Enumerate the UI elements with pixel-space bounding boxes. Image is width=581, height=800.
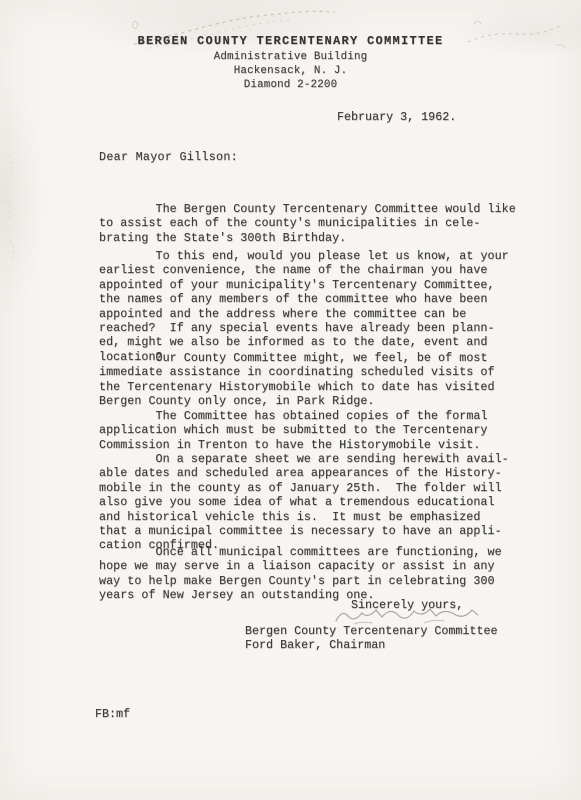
paragraph-5: On a separate sheet we are sending herew… (99, 452, 534, 553)
paragraph-4: The Committee has obtained copies of the… (99, 409, 534, 452)
letterhead-organization: BERGEN COUNTY TERCENTENARY COMMITTEE (0, 34, 581, 48)
paragraph-1: The Bergen County Tercentenary Committee… (99, 202, 534, 245)
pencil-smudge-left-edge-icon (0, 140, 60, 270)
paragraph-2: To this end, would you please let us kno… (99, 249, 534, 364)
paragraph-3: Our County Committee might, we feel, be … (99, 351, 534, 409)
letterhead-address-line1: Administrative Building (0, 50, 581, 64)
letterhead: BERGEN COUNTY TERCENTENARY COMMITTEE Adm… (0, 34, 581, 92)
signature-organization: Bergen County Tercentenary Committee (245, 624, 498, 638)
letterhead-phone: Diamond 2-2200 (0, 78, 581, 92)
salutation: Dear Mayor Gillson: (99, 150, 238, 164)
signature-signer: Ford Baker, Chairman (245, 638, 385, 652)
paragraph-6: Once all municipal committees are functi… (99, 545, 534, 603)
letterhead-address-line2: Hackensack, N. J. (0, 64, 581, 78)
reference-initials: FB:mf (95, 707, 130, 721)
scanned-letter-page: BERGEN COUNTY TERCENTENARY COMMITTEE Adm… (0, 0, 581, 800)
date-line: February 3, 1962. (337, 110, 456, 124)
